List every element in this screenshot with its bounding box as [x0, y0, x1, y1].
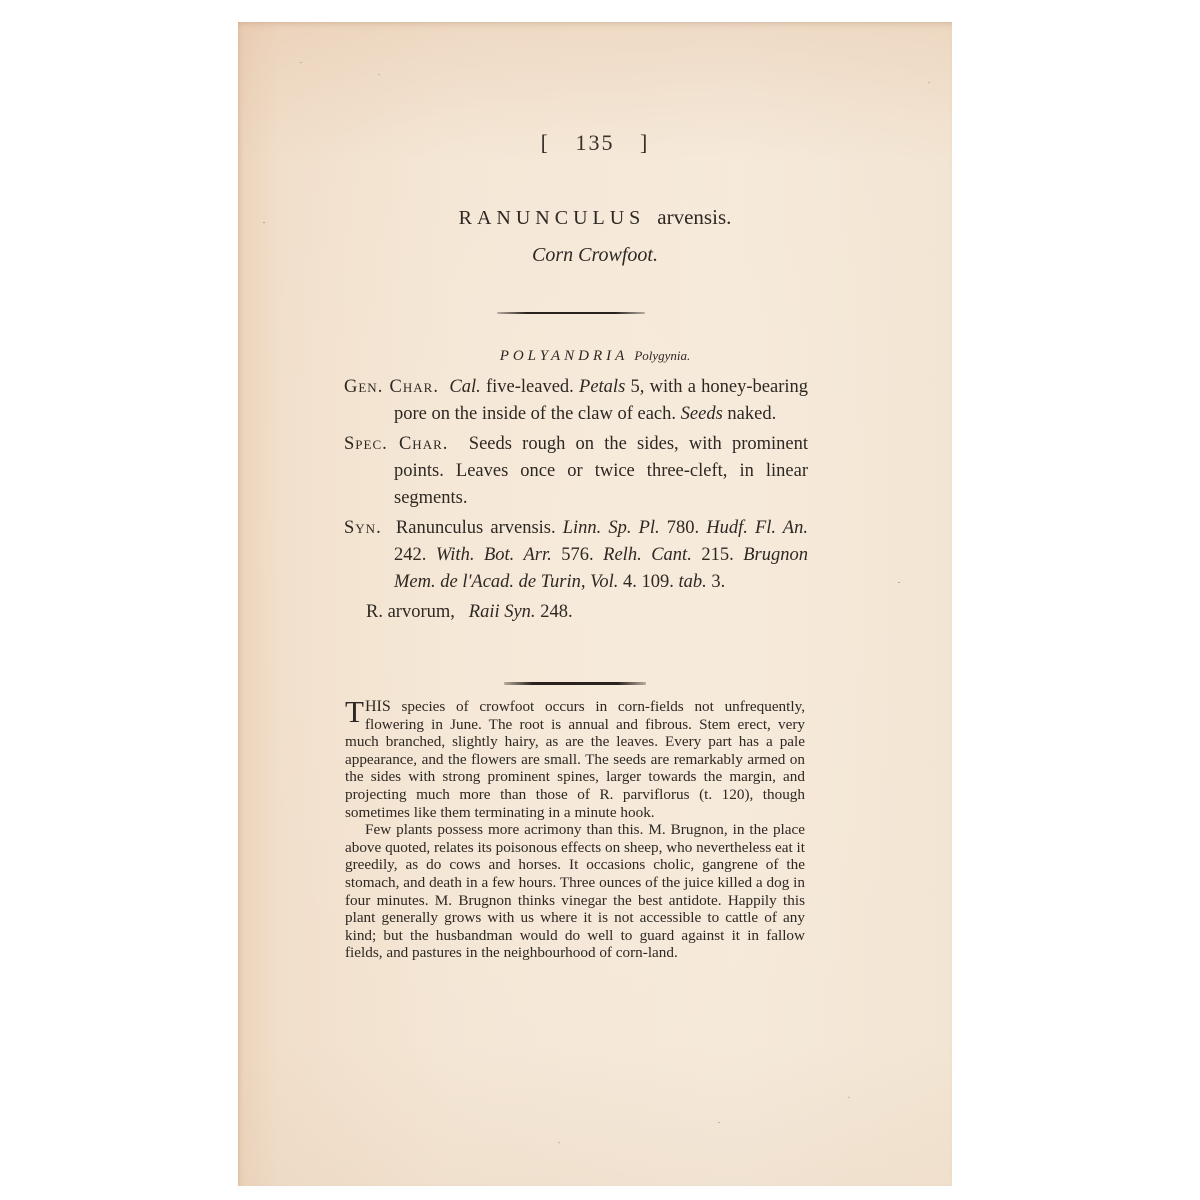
paper-speck — [378, 74, 380, 76]
linnaean-classification: POLYANDRIAPolygynia. — [238, 348, 952, 365]
paragraph-text: species of crowfoot occurs in corn-field… — [345, 698, 805, 821]
book-page: [ 135 ] RANUNCULUSarvensis. Corn Crowfoo… — [238, 22, 952, 1186]
description-paragraph-1: THIS species of crowfoot occurs in corn-… — [345, 698, 805, 821]
botanical-entries: Gen. Char. Cal. five-leaved. Petals 5, w… — [344, 374, 808, 629]
entry-label: Syn. — [344, 518, 382, 538]
entry-label: Spec. Char. — [344, 434, 448, 454]
specific-character: Spec. Char. Seeds rough on the sides, wi… — [344, 431, 808, 512]
reference-number: 4. 109. — [618, 572, 678, 592]
reference-number: 780. — [660, 518, 707, 538]
entry-text: R. arvorum, — [366, 602, 460, 622]
ornamental-rule-top — [497, 312, 645, 314]
ornamental-rule-middle — [504, 682, 646, 685]
generic-character: Gen. Char. Cal. five-leaved. Petals 5, w… — [344, 374, 808, 428]
synonyms: Syn. Ranunculus arvensis. Linn. Sp. Pl. … — [344, 515, 808, 596]
entry-italic: Cal. — [449, 377, 480, 397]
description-body: THIS species of crowfoot occurs in corn-… — [345, 698, 805, 962]
page-number: [ 135 ] — [238, 130, 952, 156]
entry-text: Ranunculus arvensis. — [396, 518, 563, 538]
entry-italic: Seeds — [681, 404, 723, 424]
classification-class: POLYANDRIA — [500, 348, 629, 364]
title-species: arvensis. — [657, 205, 731, 229]
common-name: Corn Crowfoot. — [238, 244, 952, 267]
entry-italic: Petals — [579, 377, 625, 397]
reference-number: 248. — [536, 602, 573, 622]
paper-speck — [558, 1141, 560, 1143]
reference-number: 215. — [692, 545, 743, 565]
reference-italic: Raii Syn. — [469, 602, 536, 622]
paper-speck — [898, 582, 900, 583]
reference-italic: Relh. Cant. — [603, 545, 692, 565]
paper-speck — [718, 1122, 720, 1123]
reference-number: 3. — [707, 572, 726, 592]
reference-number: 242. — [394, 545, 436, 565]
synonym-alternate: R. arvorum, Raii Syn. 248. — [344, 599, 808, 626]
drop-cap: T — [345, 701, 364, 723]
classification-order: Polygynia. — [634, 348, 690, 363]
entry-text: naked. — [723, 404, 776, 424]
paper-speck — [848, 1096, 850, 1098]
reference-italic: tab. — [679, 572, 707, 592]
reference-number: 576. — [552, 545, 603, 565]
entry-text: Seeds rough on the sides, with prominent… — [394, 434, 808, 508]
reference-italic: With. Bot. Arr. — [436, 545, 552, 565]
description-paragraph-2: Few plants possess more acrimony than th… — [345, 821, 805, 962]
title-genus: RANUNCULUS — [459, 207, 646, 229]
reference-italic: Linn. Sp. Pl. — [563, 518, 660, 538]
entry-label: Gen. Char. — [344, 377, 439, 397]
paper-speck — [928, 81, 930, 83]
lead-word: HIS — [365, 698, 391, 715]
paper-speck — [300, 62, 302, 63]
paper-speck — [263, 222, 265, 223]
page-title: RANUNCULUSarvensis. — [238, 205, 952, 230]
reference-italic: Hudf. Fl. An. — [706, 518, 808, 538]
entry-text: five-leaved. — [481, 377, 579, 397]
